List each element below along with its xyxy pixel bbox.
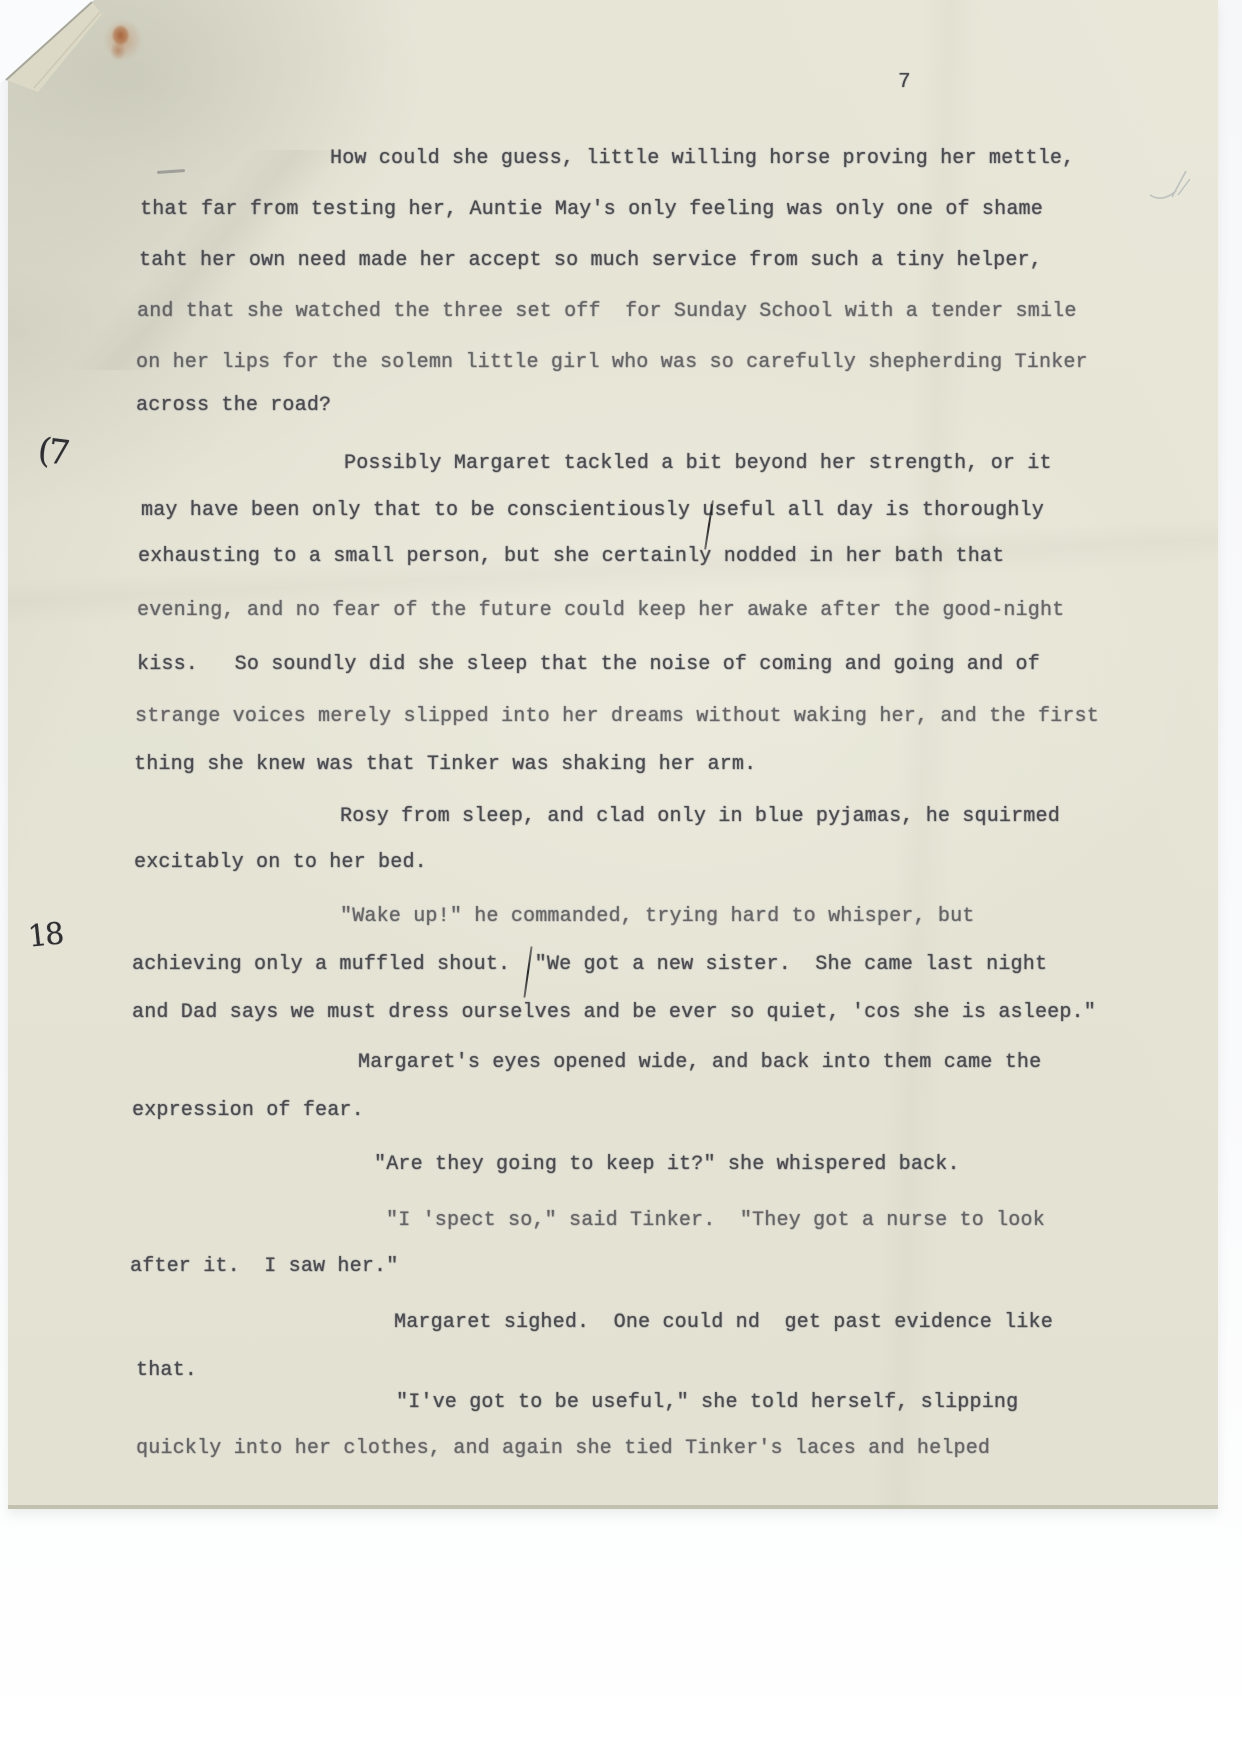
text-line: and Dad says we must dress ourselves and… xyxy=(132,1002,1096,1024)
text-line: expression of fear. xyxy=(132,1100,364,1122)
text-line: excitably on to her bed. xyxy=(134,852,427,874)
text-line: after it. I saw her." xyxy=(130,1256,398,1278)
text-line: "Wake up!" he commanded, trying hard to … xyxy=(340,906,975,928)
text-line: and that she watched the three set off f… xyxy=(137,301,1077,323)
text-line: Margaret sighed. One could nd get past e… xyxy=(394,1312,1053,1334)
text-line: evening, and no fear of the future could… xyxy=(137,600,1064,622)
text-line: Possibly Margaret tackled a bit beyond h… xyxy=(344,453,1052,475)
text-line: thing she knew was that Tinker was shaki… xyxy=(134,754,756,776)
text-line: on her lips for the solemn little girl w… xyxy=(136,352,1088,374)
text-line: may have been only that to be conscienti… xyxy=(141,500,1044,522)
text-line: Margaret's eyes opened wide, and back in… xyxy=(358,1052,1041,1074)
text-line: achieving only a muffled shout. "We got … xyxy=(132,954,1047,976)
text-line: that. xyxy=(136,1360,197,1382)
text-line: that far from testing her, Auntie May's … xyxy=(140,199,1043,221)
text-line: strange voices merely slipped into her d… xyxy=(135,706,1099,728)
handwritten-margin-mark: 18 xyxy=(26,916,64,954)
page-number: 7 xyxy=(898,72,911,94)
text-line: "Are they going to keep it?" she whisper… xyxy=(374,1154,960,1176)
scan-background: { "document": { "page_number": "7", "mar… xyxy=(0,0,1242,1755)
text-line: kiss. So soundly did she sleep that the … xyxy=(137,654,1040,676)
text-line: "I've got to be useful," she told hersel… xyxy=(396,1392,1018,1414)
handwritten-margin-mark: (7 xyxy=(36,430,70,473)
text-line: How could she guess, little willing hors… xyxy=(330,148,1074,170)
pencil-check-mark xyxy=(1148,165,1208,210)
text-line: taht her own need made her accept so muc… xyxy=(139,250,1042,272)
folded-corner xyxy=(0,0,130,110)
text-line: quickly into her clothes, and again she … xyxy=(136,1438,990,1460)
text-line: "I 'spect so," said Tinker. "They got a … xyxy=(386,1210,1045,1232)
text-line: Rosy from sleep, and clad only in blue p… xyxy=(340,806,1060,828)
text-line: across the road? xyxy=(136,395,331,417)
text-line: exhausting to a small person, but she ce… xyxy=(138,546,1004,568)
